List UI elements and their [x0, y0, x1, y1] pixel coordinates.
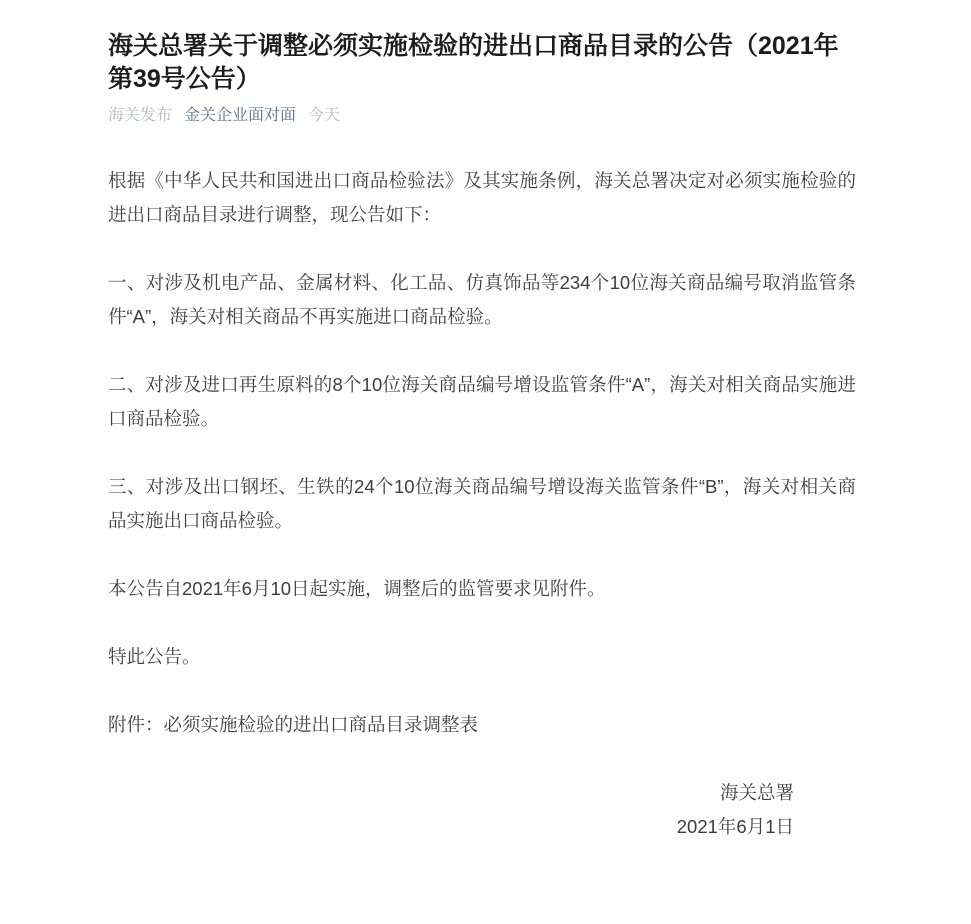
item-one-paragraph: 一、对涉及机电产品、金属材料、化工品、仿真饰品等234个10位海关商品编号取消监… — [108, 266, 856, 334]
article-meta: 海关发布金关企业面对面今天 — [108, 105, 856, 127]
account-name-link[interactable]: 金关企业面对面 — [184, 107, 296, 124]
effective-date-paragraph: 本公告自2021年6月10日起实施，调整后的监管要求见附件。 — [108, 572, 856, 606]
signature-org: 海关总署 — [108, 776, 794, 810]
article-title: 海关总署关于调整必须实施检验的进出口商品目录的公告（2021年第39号公告） — [108, 30, 856, 96]
attachment-paragraph: 附件：必须实施检验的进出口商品目录调整表 — [108, 708, 856, 742]
item-three-paragraph: 三、对涉及出口钢坯、生铁的24个10位海关商品编号增设海关监管条件“B”，海关对… — [108, 470, 856, 538]
closing-paragraph: 特此公告。 — [108, 640, 856, 674]
item-two-paragraph: 二、对涉及进口再生原料的8个10位海关商品编号增设监管条件“A”，海关对相关商品… — [108, 368, 856, 436]
intro-paragraph: 根据《中华人民共和国进出口商品检验法》及其实施条例，海关总署决定对必须实施检验的… — [108, 164, 856, 232]
article-body: 根据《中华人民共和国进出口商品检验法》及其实施条例，海关总署决定对必须实施检验的… — [108, 164, 856, 742]
article-page: 海关总署关于调整必须实施检验的进出口商品目录的公告（2021年第39号公告） 海… — [0, 0, 971, 844]
author-name: 海关发布 — [108, 107, 172, 124]
signature-date: 2021年6月1日 — [108, 810, 794, 844]
signature-block: 海关总署 2021年6月1日 — [108, 776, 856, 844]
publish-date: 今天 — [308, 107, 340, 124]
